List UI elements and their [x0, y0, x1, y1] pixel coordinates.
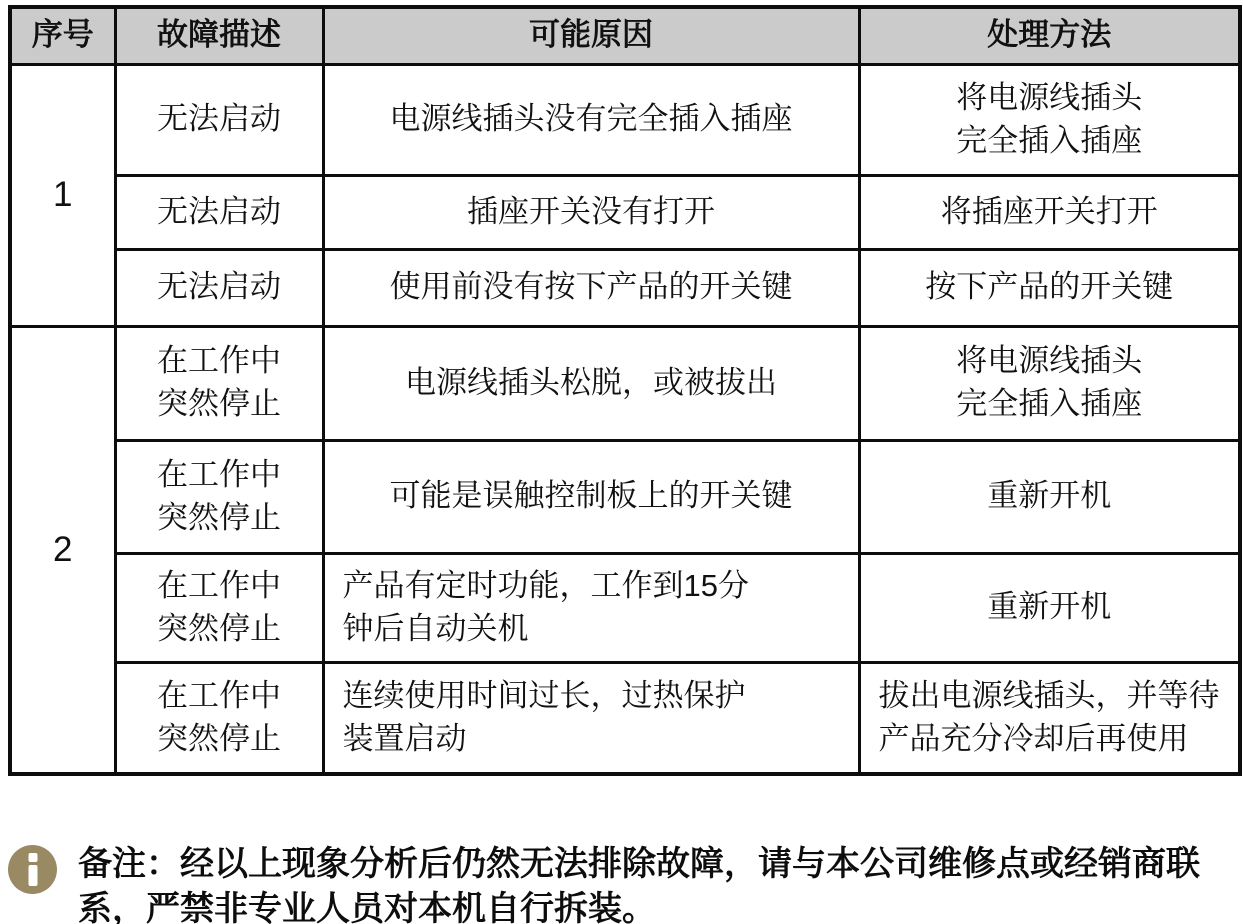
column-header-serial: 序号 — [10, 7, 115, 64]
possible-cause-cell: 可能是误触控制板上的开关键 — [323, 440, 859, 553]
table-row: 在工作中 突然停止 连续使用时间过长，过热保护 装置启动 拔出电源线插头，并等待… — [10, 662, 1240, 774]
column-header-possible-cause: 可能原因 — [323, 7, 859, 64]
fault-description-cell: 在工作中 突然停止 — [115, 326, 323, 440]
info-icon-dot — [28, 853, 37, 862]
fault-description-cell: 无法启动 — [115, 64, 323, 175]
info-icon-stem — [28, 865, 37, 886]
troubleshooting-table: 序号 故障描述 可能原因 处理方法 1 无法启动 电源线插头没有完全插入插座 将… — [8, 5, 1242, 776]
solution-cell: 重新开机 — [859, 440, 1240, 553]
column-header-fault-description: 故障描述 — [115, 7, 323, 64]
fault-description-cell: 无法启动 — [115, 249, 323, 326]
fault-description-cell: 在工作中 突然停止 — [115, 662, 323, 774]
solution-cell: 将插座开关打开 — [859, 175, 1240, 249]
solution-cell: 拔出电源线插头，并等待 产品充分冷却后再使用 — [859, 662, 1240, 774]
possible-cause-cell: 电源线插头没有完全插入插座 — [323, 64, 859, 175]
solution-cell: 将电源线插头 完全插入插座 — [859, 64, 1240, 175]
table-row: 1 无法启动 电源线插头没有完全插入插座 将电源线插头 完全插入插座 — [10, 64, 1240, 175]
column-header-solution: 处理方法 — [859, 7, 1240, 64]
note-text: 备注：经以上现象分析后仍然无法排除故障，请与本公司维修点或经销商联系，严禁非专业… — [78, 842, 1238, 924]
serial-cell: 1 — [10, 64, 115, 326]
table-row: 在工作中 突然停止 可能是误触控制板上的开关键 重新开机 — [10, 440, 1240, 553]
table-header-row: 序号 故障描述 可能原因 处理方法 — [10, 7, 1240, 64]
note-section: 备注：经以上现象分析后仍然无法排除故障，请与本公司维修点或经销商联系，严禁非专业… — [8, 842, 1238, 924]
fault-description-cell: 在工作中 突然停止 — [115, 440, 323, 553]
table-row: 无法启动 插座开关没有打开 将插座开关打开 — [10, 175, 1240, 249]
table-row: 在工作中 突然停止 产品有定时功能，工作到15分 钟后自动关机 重新开机 — [10, 553, 1240, 662]
serial-cell: 2 — [10, 326, 115, 774]
manual-troubleshooting-page: 序号 故障描述 可能原因 处理方法 1 无法启动 电源线插头没有完全插入插座 将… — [0, 0, 1243, 924]
possible-cause-cell: 使用前没有按下产品的开关键 — [323, 249, 859, 326]
possible-cause-cell: 电源线插头松脱，或被拔出 — [323, 326, 859, 440]
info-icon — [8, 845, 57, 894]
solution-cell: 按下产品的开关键 — [859, 249, 1240, 326]
table-row: 2 在工作中 突然停止 电源线插头松脱，或被拔出 将电源线插头 完全插入插座 — [10, 326, 1240, 440]
fault-description-cell: 在工作中 突然停止 — [115, 553, 323, 662]
fault-description-cell: 无法启动 — [115, 175, 323, 249]
solution-cell: 重新开机 — [859, 553, 1240, 662]
solution-cell: 将电源线插头 完全插入插座 — [859, 326, 1240, 440]
possible-cause-cell: 连续使用时间过长，过热保护 装置启动 — [323, 662, 859, 774]
possible-cause-cell: 插座开关没有打开 — [323, 175, 859, 249]
table-row: 无法启动 使用前没有按下产品的开关键 按下产品的开关键 — [10, 249, 1240, 326]
possible-cause-cell: 产品有定时功能，工作到15分 钟后自动关机 — [323, 553, 859, 662]
